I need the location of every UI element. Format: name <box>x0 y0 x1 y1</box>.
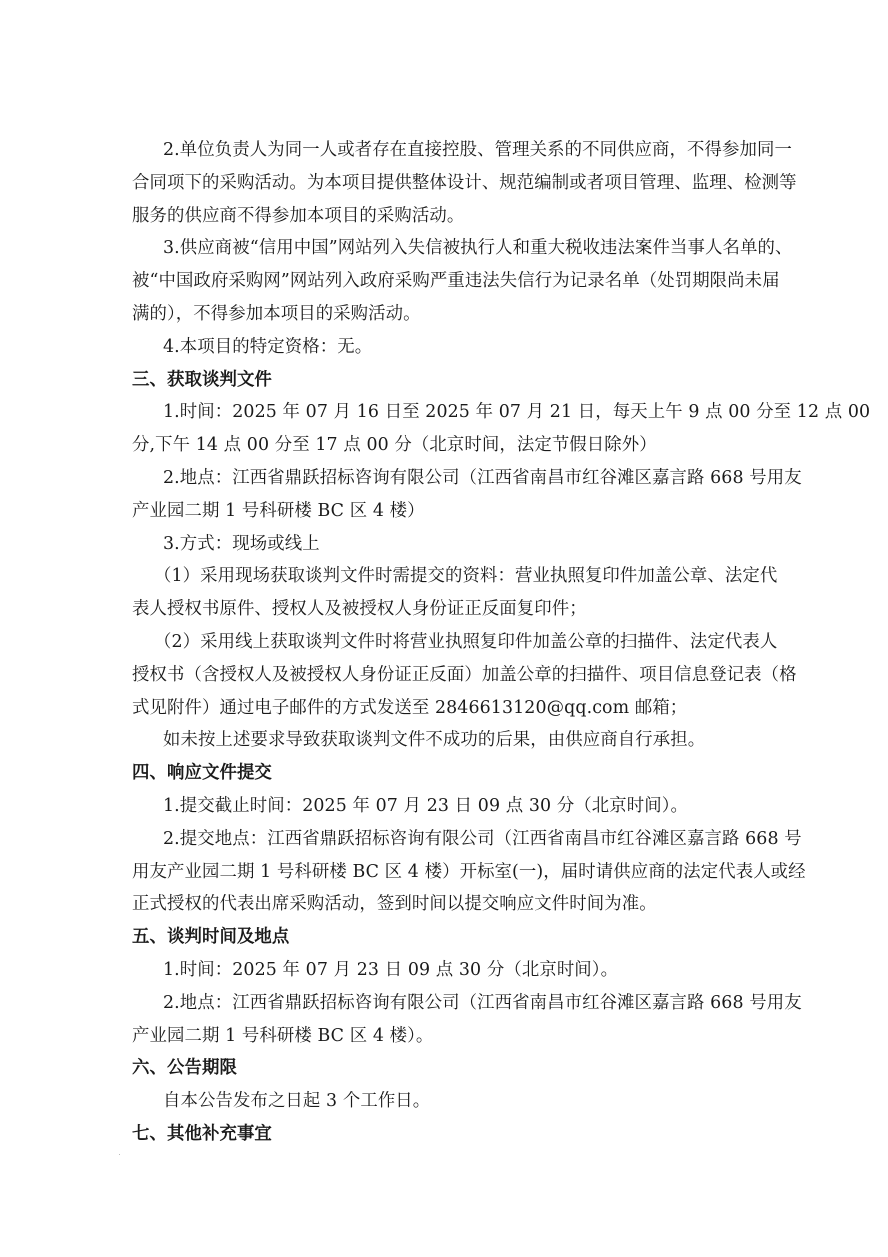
paragraph-obtain-method: 3.方式：现场或线上 <box>132 528 784 561</box>
paragraph-qualification-2: 2.单位负责人为同一人或者存在直接控股、管理关系的不同供应商，不得参加同一 合同… <box>132 134 784 232</box>
scan-artifact <box>119 1154 120 1155</box>
text-line: （1）采用现场获取谈判文件时需提交的资料：营业执照复印件加盖公章、法定代 <box>132 560 784 593</box>
text-line: 2.地点：江西省鼎跃招标咨询有限公司（江西省南昌市红谷滩区嘉言路 668 号用友 <box>132 462 784 495</box>
text-line: 4.本项目的特定资格：无。 <box>132 331 784 364</box>
text-line: 表人授权书原件、授权人及被授权人身份证正反面复印件； <box>132 593 784 626</box>
paragraph-online-method: （2）采用线上获取谈判文件时将营业执照复印件加盖公章的扫描件、法定代表人 授权书… <box>132 626 784 724</box>
text-line: 式见附件）通过电子邮件的方式发送至 2846613120@qq.com 邮箱； <box>132 692 784 725</box>
text-line: 1.时间：2025 年 07 月 23 日 09 点 30 分（北京时间）。 <box>132 954 784 987</box>
text-line: 3.供应商被“信用中国”网站列入失信被执行人和重大税收违法案件当事人名单的、 <box>132 232 784 265</box>
text-line: 用友产业园二期 1 号科研楼 BC 区 4 楼）开标室(一)，届时请供应商的法定… <box>132 856 784 889</box>
text-line: 被“中国政府采购网”网站列入政府采购严重违法失信行为记录名单（处罚期限尚未届 <box>132 265 784 298</box>
paragraph-announcement-period: 自本公告发布之日起 3 个工作日。 <box>132 1085 784 1118</box>
section-heading-other-matters: 七、其他补充事宜 <box>132 1118 784 1151</box>
paragraph-negotiation-location: 2.地点：江西省鼎跃招标咨询有限公司（江西省南昌市红谷滩区嘉言路 668 号用友… <box>132 987 784 1053</box>
paragraph-onsite-method: （1）采用现场获取谈判文件时需提交的资料：营业执照复印件加盖公章、法定代 表人授… <box>132 560 784 626</box>
paragraph-obtain-time: 1.时间：2025 年 07 月 16 日至 2025 年 07 月 21 日，… <box>132 396 784 462</box>
section-heading-announcement-period: 六、公告期限 <box>132 1052 784 1085</box>
paragraph-submission-location: 2.提交地点：江西省鼎跃招标咨询有限公司（江西省南昌市红谷滩区嘉言路 668 号… <box>132 823 784 921</box>
text-line: 2.单位负责人为同一人或者存在直接控股、管理关系的不同供应商，不得参加同一 <box>132 134 784 167</box>
text-line: 满的），不得参加本项目的采购活动。 <box>132 298 784 331</box>
paragraph-submission-deadline: 1.提交截止时间：2025 年 07 月 23 日 09 点 30 分（北京时间… <box>132 790 784 823</box>
text-line: 正式授权的代表出席采购活动，签到时间以提交响应文件时间为准。 <box>132 888 784 921</box>
paragraph-qualification-4: 4.本项目的特定资格：无。 <box>132 331 784 364</box>
text-line: 产业园二期 1 号科研楼 BC 区 4 楼） <box>132 495 784 528</box>
document-page: 2.单位负责人为同一人或者存在直接控股、管理关系的不同供应商，不得参加同一 合同… <box>132 134 784 1151</box>
text-line: 合同项下的采购活动。为本项目提供整体设计、规范编制或者项目管理、监理、检测等 <box>132 167 784 200</box>
section-heading-response-submission: 四、响应文件提交 <box>132 757 784 790</box>
paragraph-obtain-location: 2.地点：江西省鼎跃招标咨询有限公司（江西省南昌市红谷滩区嘉言路 668 号用友… <box>132 462 784 528</box>
text-line: 如未按上述要求导致获取谈判文件不成功的后果，由供应商自行承担。 <box>132 724 784 757</box>
text-line: 1.提交截止时间：2025 年 07 月 23 日 09 点 30 分（北京时间… <box>132 790 784 823</box>
text-line: 产业园二期 1 号科研楼 BC 区 4 楼）。 <box>132 1020 784 1053</box>
text-line: 2.地点：江西省鼎跃招标咨询有限公司（江西省南昌市红谷滩区嘉言路 668 号用友 <box>132 987 784 1020</box>
section-heading-negotiation-time-location: 五、谈判时间及地点 <box>132 921 784 954</box>
paragraph-obtain-disclaimer: 如未按上述要求导致获取谈判文件不成功的后果，由供应商自行承担。 <box>132 724 784 757</box>
section-heading-obtain-documents: 三、获取谈判文件 <box>132 364 784 397</box>
text-line: 3.方式：现场或线上 <box>132 528 784 561</box>
text-line: 2.提交地点：江西省鼎跃招标咨询有限公司（江西省南昌市红谷滩区嘉言路 668 号 <box>132 823 784 856</box>
text-line: 1.时间：2025 年 07 月 16 日至 2025 年 07 月 21 日，… <box>132 396 784 429</box>
paragraph-negotiation-time: 1.时间：2025 年 07 月 23 日 09 点 30 分（北京时间）。 <box>132 954 784 987</box>
text-line: 服务的供应商不得参加本项目的采购活动。 <box>132 200 784 233</box>
paragraph-qualification-3: 3.供应商被“信用中国”网站列入失信被执行人和重大税收违法案件当事人名单的、 被… <box>132 232 784 330</box>
text-line: 分,下午 14 点 00 分至 17 点 00 分（北京时间，法定节假日除外） <box>132 429 784 462</box>
text-line: 授权书（含授权人及被授权人身份证正反面）加盖公章的扫描件、项目信息登记表（格 <box>132 659 784 692</box>
text-line: （2）采用线上获取谈判文件时将营业执照复印件加盖公章的扫描件、法定代表人 <box>132 626 784 659</box>
text-line: 自本公告发布之日起 3 个工作日。 <box>132 1085 784 1118</box>
